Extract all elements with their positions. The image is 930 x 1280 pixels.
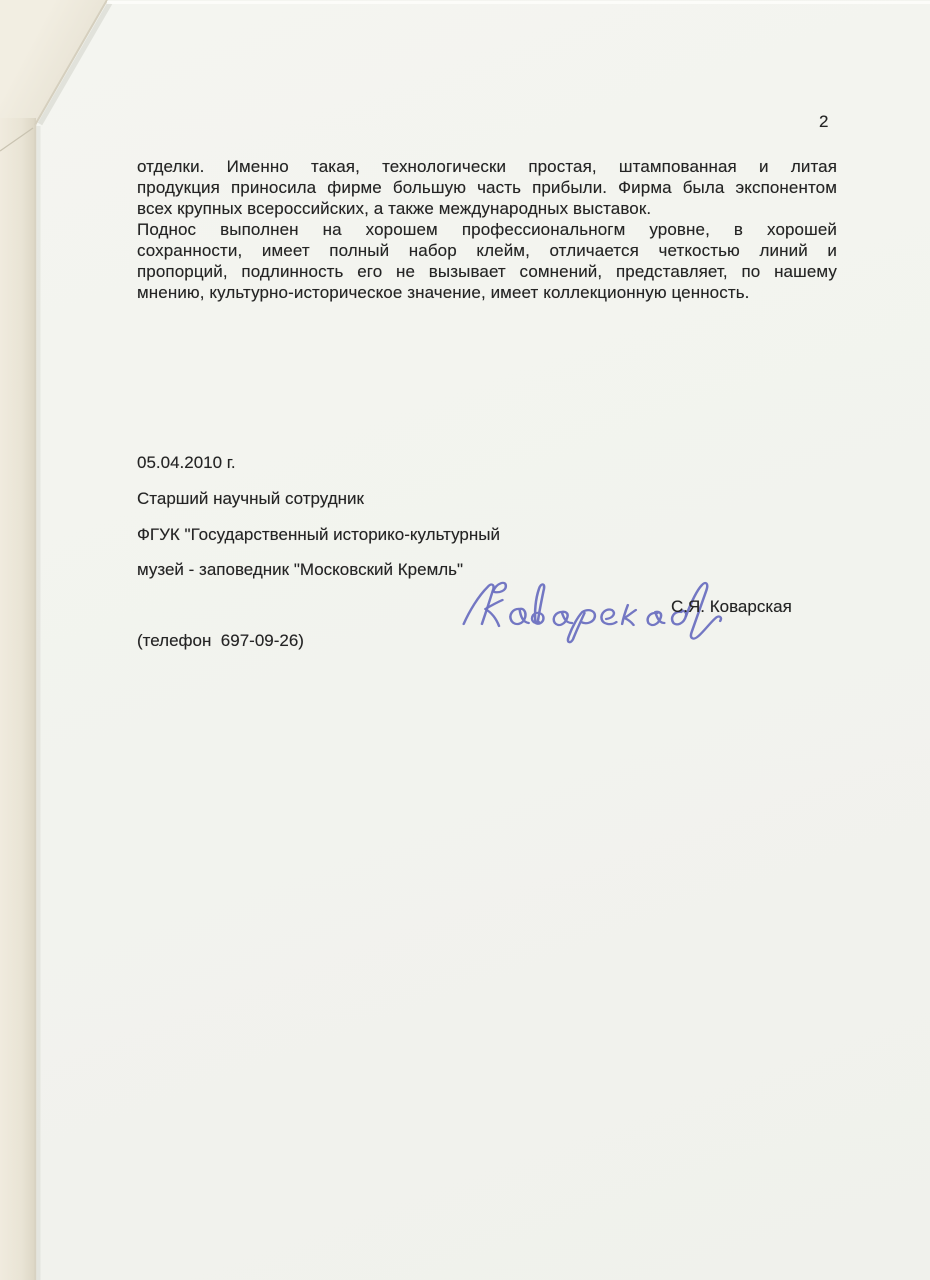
body-line: продукция приносила фирме большую часть … [137,177,837,198]
body-line: Поднос выполнен на хорошем профессиональ… [137,219,837,240]
scanner-backing-left-strip [0,118,36,1280]
body-line: отделки. Именно такая, технологически пр… [137,156,837,177]
printed-signatory-name: С.Я. Коварская [671,596,792,617]
organization-line-1: ФГУК "Государственный историко-культурны… [137,524,500,545]
body-text: отделки. Именно такая, технологически пр… [137,156,837,303]
page-number: 2 [819,111,828,132]
body-line: сохранности, имеет полный набор клейм, о… [137,240,837,261]
phone-line: (телефон 697-09-26) [137,630,304,651]
organization-line-2: музей - заповедник "Московский Кремль" [137,559,463,580]
body-line: мнению, культурно-историческое значение,… [137,282,837,303]
signatory-title: Старший научный сотрудник [137,488,364,509]
scanned-document: 2 отделки. Именно такая, технологически … [0,0,930,1280]
date-line: 05.04.2010 г. [137,452,236,473]
body-line: всех крупных всероссийских, а также межд… [137,198,837,219]
body-line: пропорций, подлинность его не вызывает с… [137,261,837,282]
